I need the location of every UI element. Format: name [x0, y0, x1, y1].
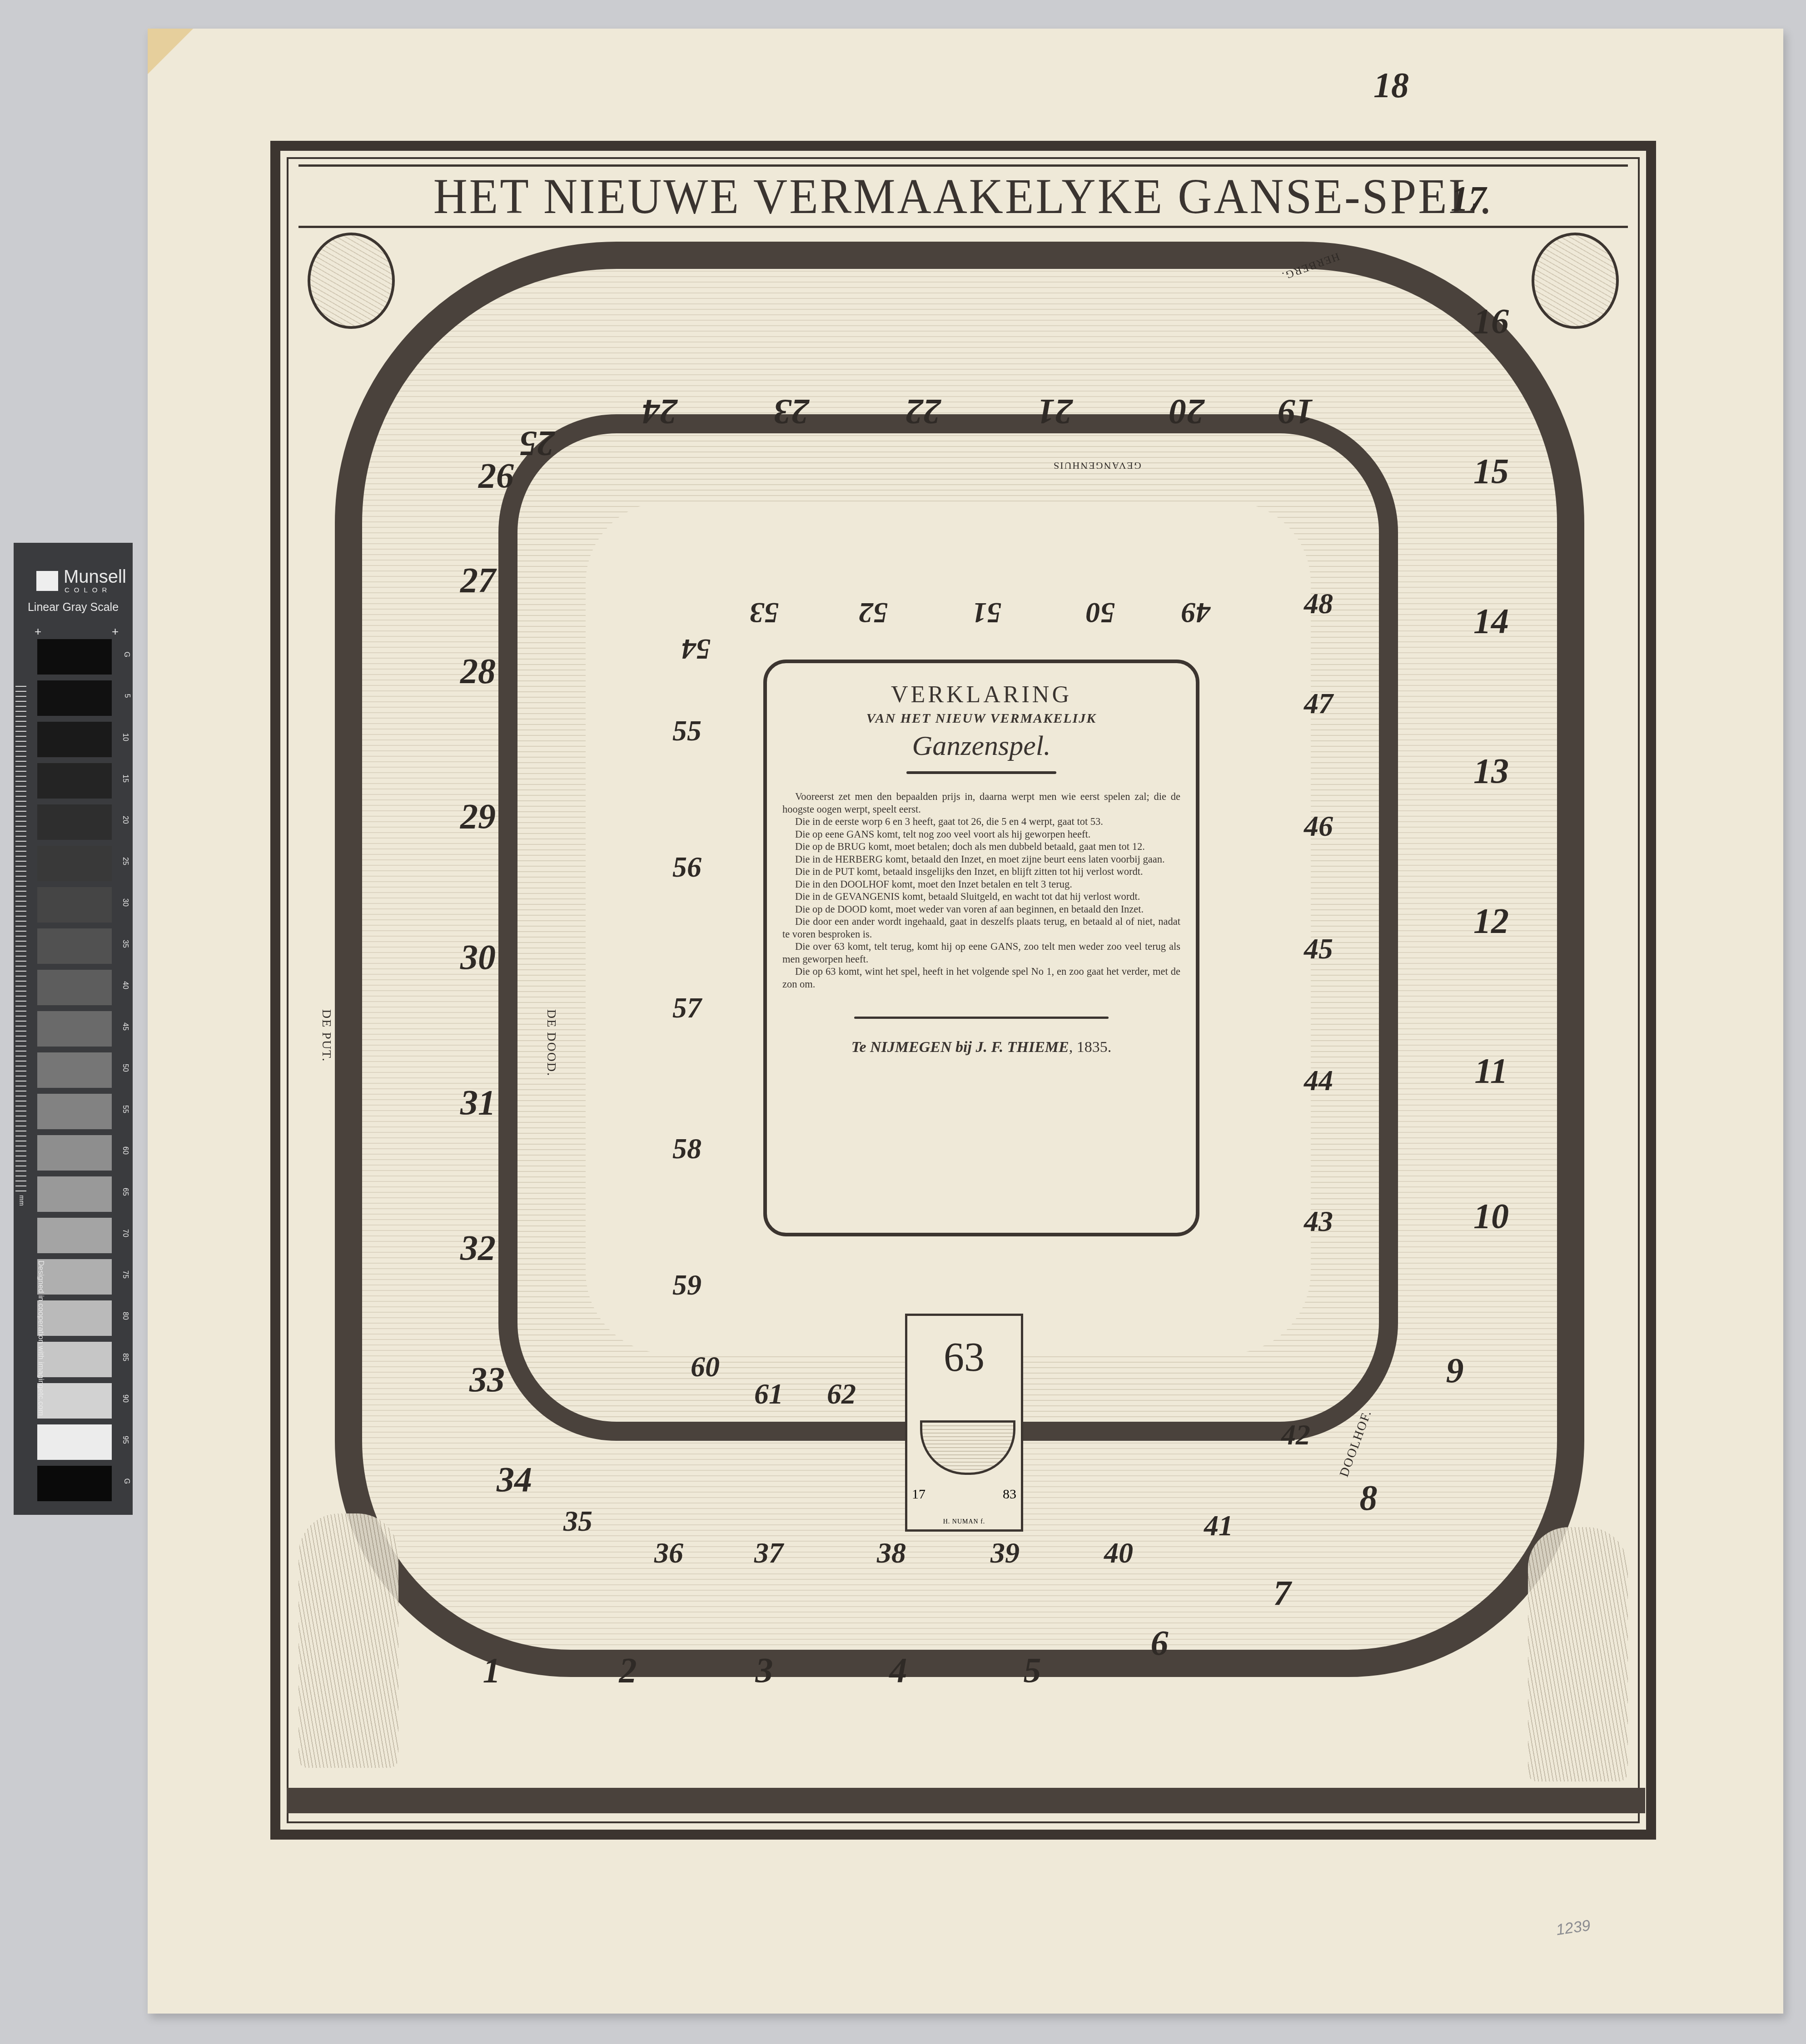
munsell-brand-sub: COLOR	[65, 586, 111, 594]
rule: Die op 63 komt, wint het spel, heeft in …	[782, 965, 1180, 990]
gray-patch: 90	[37, 1383, 112, 1419]
square-35: 35	[553, 1504, 603, 1538]
engraver-signature: H. NUMAN f.	[907, 1518, 1021, 1526]
square-26: 26	[471, 455, 521, 496]
square-42: 42	[1271, 1418, 1321, 1452]
munsell-logo-icon	[36, 571, 58, 591]
scale-title: Linear Gray Scale	[14, 601, 133, 614]
square-4: 4	[873, 1650, 923, 1691]
square-32: 32	[453, 1227, 503, 1268]
munsell-gray-scale-card: Munsell COLOR Linear Gray Scale + + mm G…	[14, 543, 133, 1515]
square-34: 34	[489, 1459, 539, 1500]
square-52: 52	[848, 596, 898, 630]
rule: Die op de DOOD komt, moet weder van vore…	[782, 903, 1180, 916]
square-41: 41	[1194, 1509, 1244, 1543]
square-46: 46	[1294, 809, 1343, 843]
paper-stain	[148, 29, 198, 79]
square-21: 21	[1030, 392, 1080, 432]
label-de-dood: DE DOOD.	[544, 1009, 558, 1077]
square-8: 8	[1343, 1477, 1393, 1518]
label-de-put: DE PUT.	[319, 1009, 333, 1062]
square-15: 15	[1466, 451, 1516, 491]
square-59: 59	[662, 1268, 712, 1302]
label-gevangenhuis: GEVANGENHUIS	[1053, 460, 1141, 471]
square-37: 37	[744, 1536, 794, 1570]
rule: Vooreerst zet men den bepaalden prijs in…	[782, 790, 1180, 815]
square-47: 47	[1294, 687, 1343, 720]
square-63-finish: 63 17 83 H. NUMAN f.	[905, 1314, 1023, 1532]
rule: Die in de GEVANGENIS komt, betaald Sluit…	[782, 890, 1180, 903]
square-38: 38	[866, 1536, 916, 1570]
square-20: 20	[1162, 392, 1212, 432]
man-with-goose-figure	[299, 1513, 398, 1768]
gray-patch: 85	[37, 1342, 112, 1377]
woman-with-game-board-figure	[1528, 1527, 1628, 1781]
gray-patch: 80	[37, 1300, 112, 1336]
square-51: 51	[962, 596, 1012, 630]
square-14: 14	[1466, 600, 1516, 641]
imprint: Te NIJMEGEN bij J. F. THIEME, 1835.	[782, 1039, 1180, 1056]
square-61: 61	[744, 1377, 794, 1411]
gray-patch: 25	[37, 846, 112, 881]
square-12: 12	[1466, 900, 1516, 941]
ruler-unit: mm	[18, 1195, 25, 1206]
gray-patches: G 5 10 15 20 25 30 35 40 45 50 55 60 65 …	[37, 639, 112, 1507]
square-56: 56	[662, 850, 712, 884]
square-11: 11	[1466, 1050, 1516, 1091]
square-54: 54	[671, 632, 721, 666]
gray-patch: 75	[37, 1259, 112, 1295]
square-17: 17	[1443, 178, 1493, 219]
year-right: 83	[1003, 1487, 1016, 1502]
square-28: 28	[453, 650, 503, 691]
square-18: 18	[1366, 64, 1416, 105]
portrait-medallion-right	[1532, 233, 1619, 329]
title-band: HET NIEUWE VERMAAKELYKE GANSE-SPEL.	[299, 164, 1628, 228]
square-50: 50	[1075, 596, 1125, 630]
rule: Die in den DOOLHOF komt, moet den Inzet …	[782, 878, 1180, 891]
square-6: 6	[1134, 1622, 1184, 1663]
square-24: 24	[635, 392, 685, 432]
rules-subtitle: VAN HET NIEUW VERMAKELIJK	[782, 711, 1180, 726]
square-40: 40	[1094, 1536, 1144, 1570]
gray-patch: 15	[37, 763, 112, 799]
square-27: 27	[453, 560, 503, 600]
gray-patch: 10	[37, 722, 112, 757]
gray-patch: 95	[37, 1424, 112, 1460]
square-29: 29	[453, 796, 503, 837]
rules-panel: VERKLARING VAN HET NIEUW VERMAKELIJK Gan…	[763, 660, 1199, 1236]
square-7: 7	[1257, 1573, 1307, 1613]
square-55: 55	[662, 714, 712, 748]
square-2: 2	[603, 1650, 653, 1691]
rule: Die op de BRUG komt, moet betalen; doch …	[782, 840, 1180, 853]
rules-script-title: Ganzenspel.	[782, 730, 1180, 762]
square-43: 43	[1294, 1205, 1343, 1238]
divider	[906, 771, 1056, 774]
imprint-prefix: Te NIJMEGEN bij	[851, 1039, 972, 1056]
gray-patch: 55	[37, 1094, 112, 1129]
gray-patch: 65	[37, 1176, 112, 1212]
rule: Die in de HERBERG komt, betaald den Inze…	[782, 853, 1180, 866]
gray-patch: 30	[37, 887, 112, 923]
rules-title: VERKLARING	[782, 681, 1180, 708]
registration-mark-icon: +	[112, 625, 119, 639]
square-53: 53	[739, 596, 789, 630]
game-board: HET NIEUWE VERMAAKELYKE GANSE-SPEL. 1 2 …	[270, 141, 1656, 1840]
square-62: 62	[816, 1377, 866, 1411]
square-5: 5	[1007, 1650, 1057, 1691]
square-49: 49	[1171, 596, 1221, 630]
gray-patch: 20	[37, 804, 112, 840]
square-22: 22	[898, 392, 948, 432]
square-19: 19	[1271, 392, 1321, 432]
square-30: 30	[453, 937, 503, 977]
square-13: 13	[1466, 750, 1516, 791]
gray-patch: 35	[37, 928, 112, 964]
square-36: 36	[644, 1536, 694, 1570]
rule: Die op eene GANS komt, telt nog zoo veel…	[782, 828, 1180, 841]
portrait-medallion-left	[308, 233, 395, 329]
munsell-brand: Munsell	[64, 568, 126, 586]
gray-patch: G	[37, 1466, 112, 1501]
square-3: 3	[739, 1650, 789, 1691]
rule: Die in de PUT komt, betaald insgelijks d…	[782, 865, 1180, 878]
rule: Die door een ander wordt ingehaald, gaat…	[782, 915, 1180, 940]
bottom-garland-band	[287, 1788, 1645, 1813]
square-16: 16	[1466, 301, 1516, 342]
gray-patch: 40	[37, 970, 112, 1005]
square-23: 23	[766, 392, 816, 432]
coin-bowl-icon	[920, 1420, 1015, 1475]
munsell-credit: Designed in cooperation with imagingetc.…	[36, 1260, 45, 1442]
gray-patch: G	[37, 639, 112, 675]
square-48: 48	[1294, 587, 1343, 620]
square-33: 33	[462, 1359, 512, 1400]
square-58: 58	[662, 1132, 712, 1166]
square-57: 57	[662, 991, 712, 1025]
ornamental-divider	[854, 1017, 1109, 1019]
rule: Die in de eerste worp 6 en 3 heeft, gaat…	[782, 815, 1180, 828]
gray-patch: 50	[37, 1052, 112, 1088]
gray-patch: 5	[37, 680, 112, 716]
registration-mark-icon: +	[35, 625, 41, 639]
square-10: 10	[1466, 1196, 1516, 1236]
gray-patch: 60	[37, 1135, 112, 1171]
board-title: HET NIEUWE VERMAAKELYKE GANSE-SPEL.	[433, 168, 1493, 225]
gray-patch: 45	[37, 1011, 112, 1047]
final-square-number: 63	[907, 1334, 1021, 1381]
square-9: 9	[1430, 1350, 1480, 1391]
imprint-year: , 1835.	[1069, 1039, 1112, 1056]
mm-ruler	[15, 686, 26, 1195]
rule: Die over 63 komt, telt terug, komt hij o…	[782, 940, 1180, 965]
gray-patch: 70	[37, 1218, 112, 1253]
square-1: 1	[467, 1650, 517, 1691]
square-39: 39	[980, 1536, 1030, 1570]
imprint-publisher: J. F. THIEME	[975, 1039, 1069, 1056]
square-31: 31	[453, 1082, 503, 1123]
year-left: 17	[912, 1487, 925, 1502]
square-60: 60	[680, 1350, 730, 1384]
square-44: 44	[1294, 1064, 1343, 1097]
square-45: 45	[1294, 932, 1343, 966]
